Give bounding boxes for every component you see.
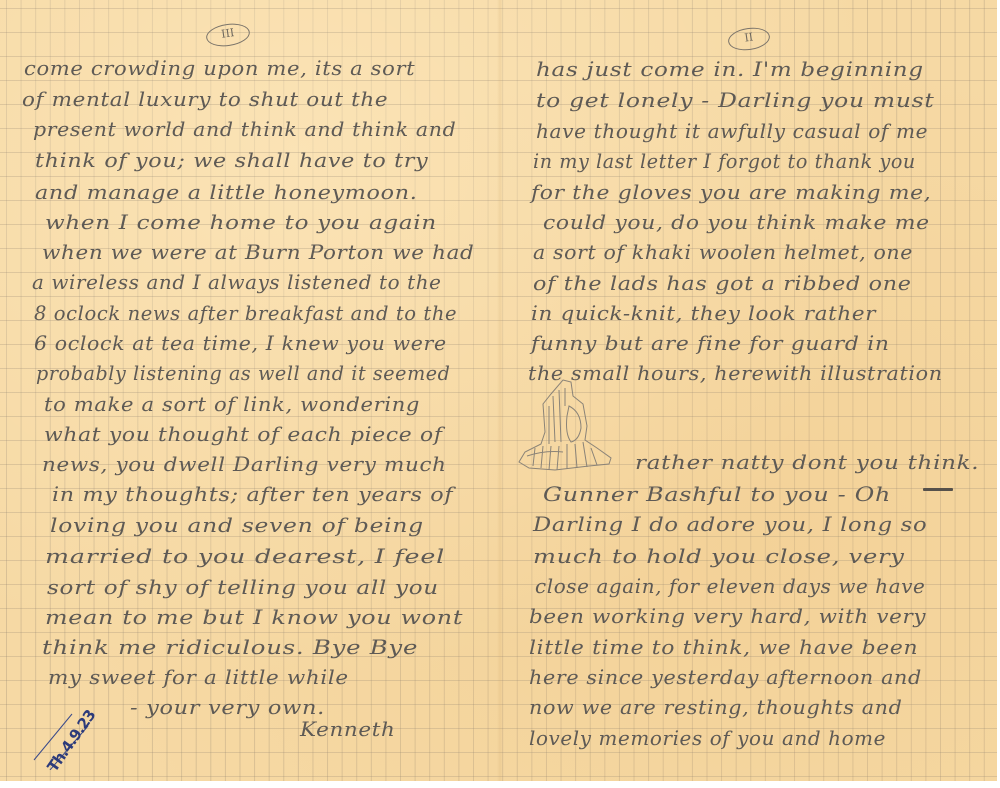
handwritten-line: mean to me but I know you wont [45,606,463,630]
balaclava-helmet-sketch-icon [515,376,620,476]
page-number-right: II [727,25,772,53]
handwritten-line: Gunner Bashful to you - Oh [543,483,891,507]
handwritten-line: present world and think and think and [33,118,456,142]
handwritten-line: married to you dearest, I feel [45,545,445,569]
handwritten-line: funny but are fine for guard in [531,332,890,356]
sketch-caption: rather natty dont you think. [635,451,979,475]
handwritten-line: now we are resting, thoughts and [529,696,902,720]
handwritten-line: in my thoughts; after ten years of [52,483,453,507]
handwritten-line: and manage a little honeymoon. [35,181,417,205]
handwritten-line: little time to think, we have been [529,636,918,660]
handwritten-line: sort of shy of telling you all you [47,576,439,600]
archive-reference-mark: Th.4.9.23 [30,712,90,770]
handwritten-line: come crowding upon me, its a sort [24,57,415,81]
handwritten-line: for the gloves you are making me, [531,181,931,205]
handwritten-line: could you, do you think make me [543,211,930,235]
handwritten-line: what you thought of each piece of [44,423,443,447]
handwritten-line: in quick-knit, they look rather [531,302,876,326]
handwritten-line: lovely memories of you and home [529,727,886,751]
right-page: II has just come in. I'm beginning to ge… [503,0,997,781]
handwritten-line: when I come home to you again [45,211,437,235]
handwritten-line: think me ridiculous. Bye Bye [42,636,418,660]
handwritten-line: close again, for eleven days we have [535,575,925,599]
handwritten-line: here since yesterday afternoon and [529,666,922,690]
handwritten-line: a sort of khaki woolen helmet, one [533,241,913,265]
handwritten-line: 6 oclock at tea time, I knew you were [34,332,447,356]
handwritten-line: probably listening as well and it seemed [36,362,450,386]
handwritten-line: when we were at Burn Porton we had [42,241,474,265]
handwritten-line: a wireless and I always listened to the [32,271,442,295]
handwritten-line: to get lonely - Darling you must [536,89,934,113]
handwritten-line: has just come in. I'm beginning [536,58,924,82]
handwritten-line: my sweet for a little while [48,666,349,690]
signature: Kenneth [300,718,396,742]
handwritten-line: loving you and seven of being [50,514,424,538]
handwritten-line: to make a sort of link, wondering [44,393,420,417]
handwritten-line: of mental luxury to shut out the [22,88,388,112]
handwritten-line: been working very hard, with very [529,605,926,629]
handwritten-line: much to hold you close, very [533,545,905,569]
page-number-left: III [205,21,252,49]
handwritten-line: have thought it awfully casual of me [536,120,928,144]
pencil-mark [923,488,953,491]
handwritten-line: news, you dwell Darling very much [42,453,447,477]
handwritten-line: in my last letter I forgot to thank you [533,150,916,174]
left-page: III come crowding upon me, its a sort of… [0,0,497,781]
letter-sheet: III come crowding upon me, its a sort of… [0,0,997,781]
handwritten-line: of the lads has got a ribbed one [533,272,912,296]
handwritten-line: Darling I do adore you, I long so [533,513,927,537]
handwritten-line: 8 oclock news after breakfast and to the [34,302,457,326]
handwritten-line: think of you; we shall have to try [35,149,428,173]
handwritten-line: - your very own. [130,696,325,720]
